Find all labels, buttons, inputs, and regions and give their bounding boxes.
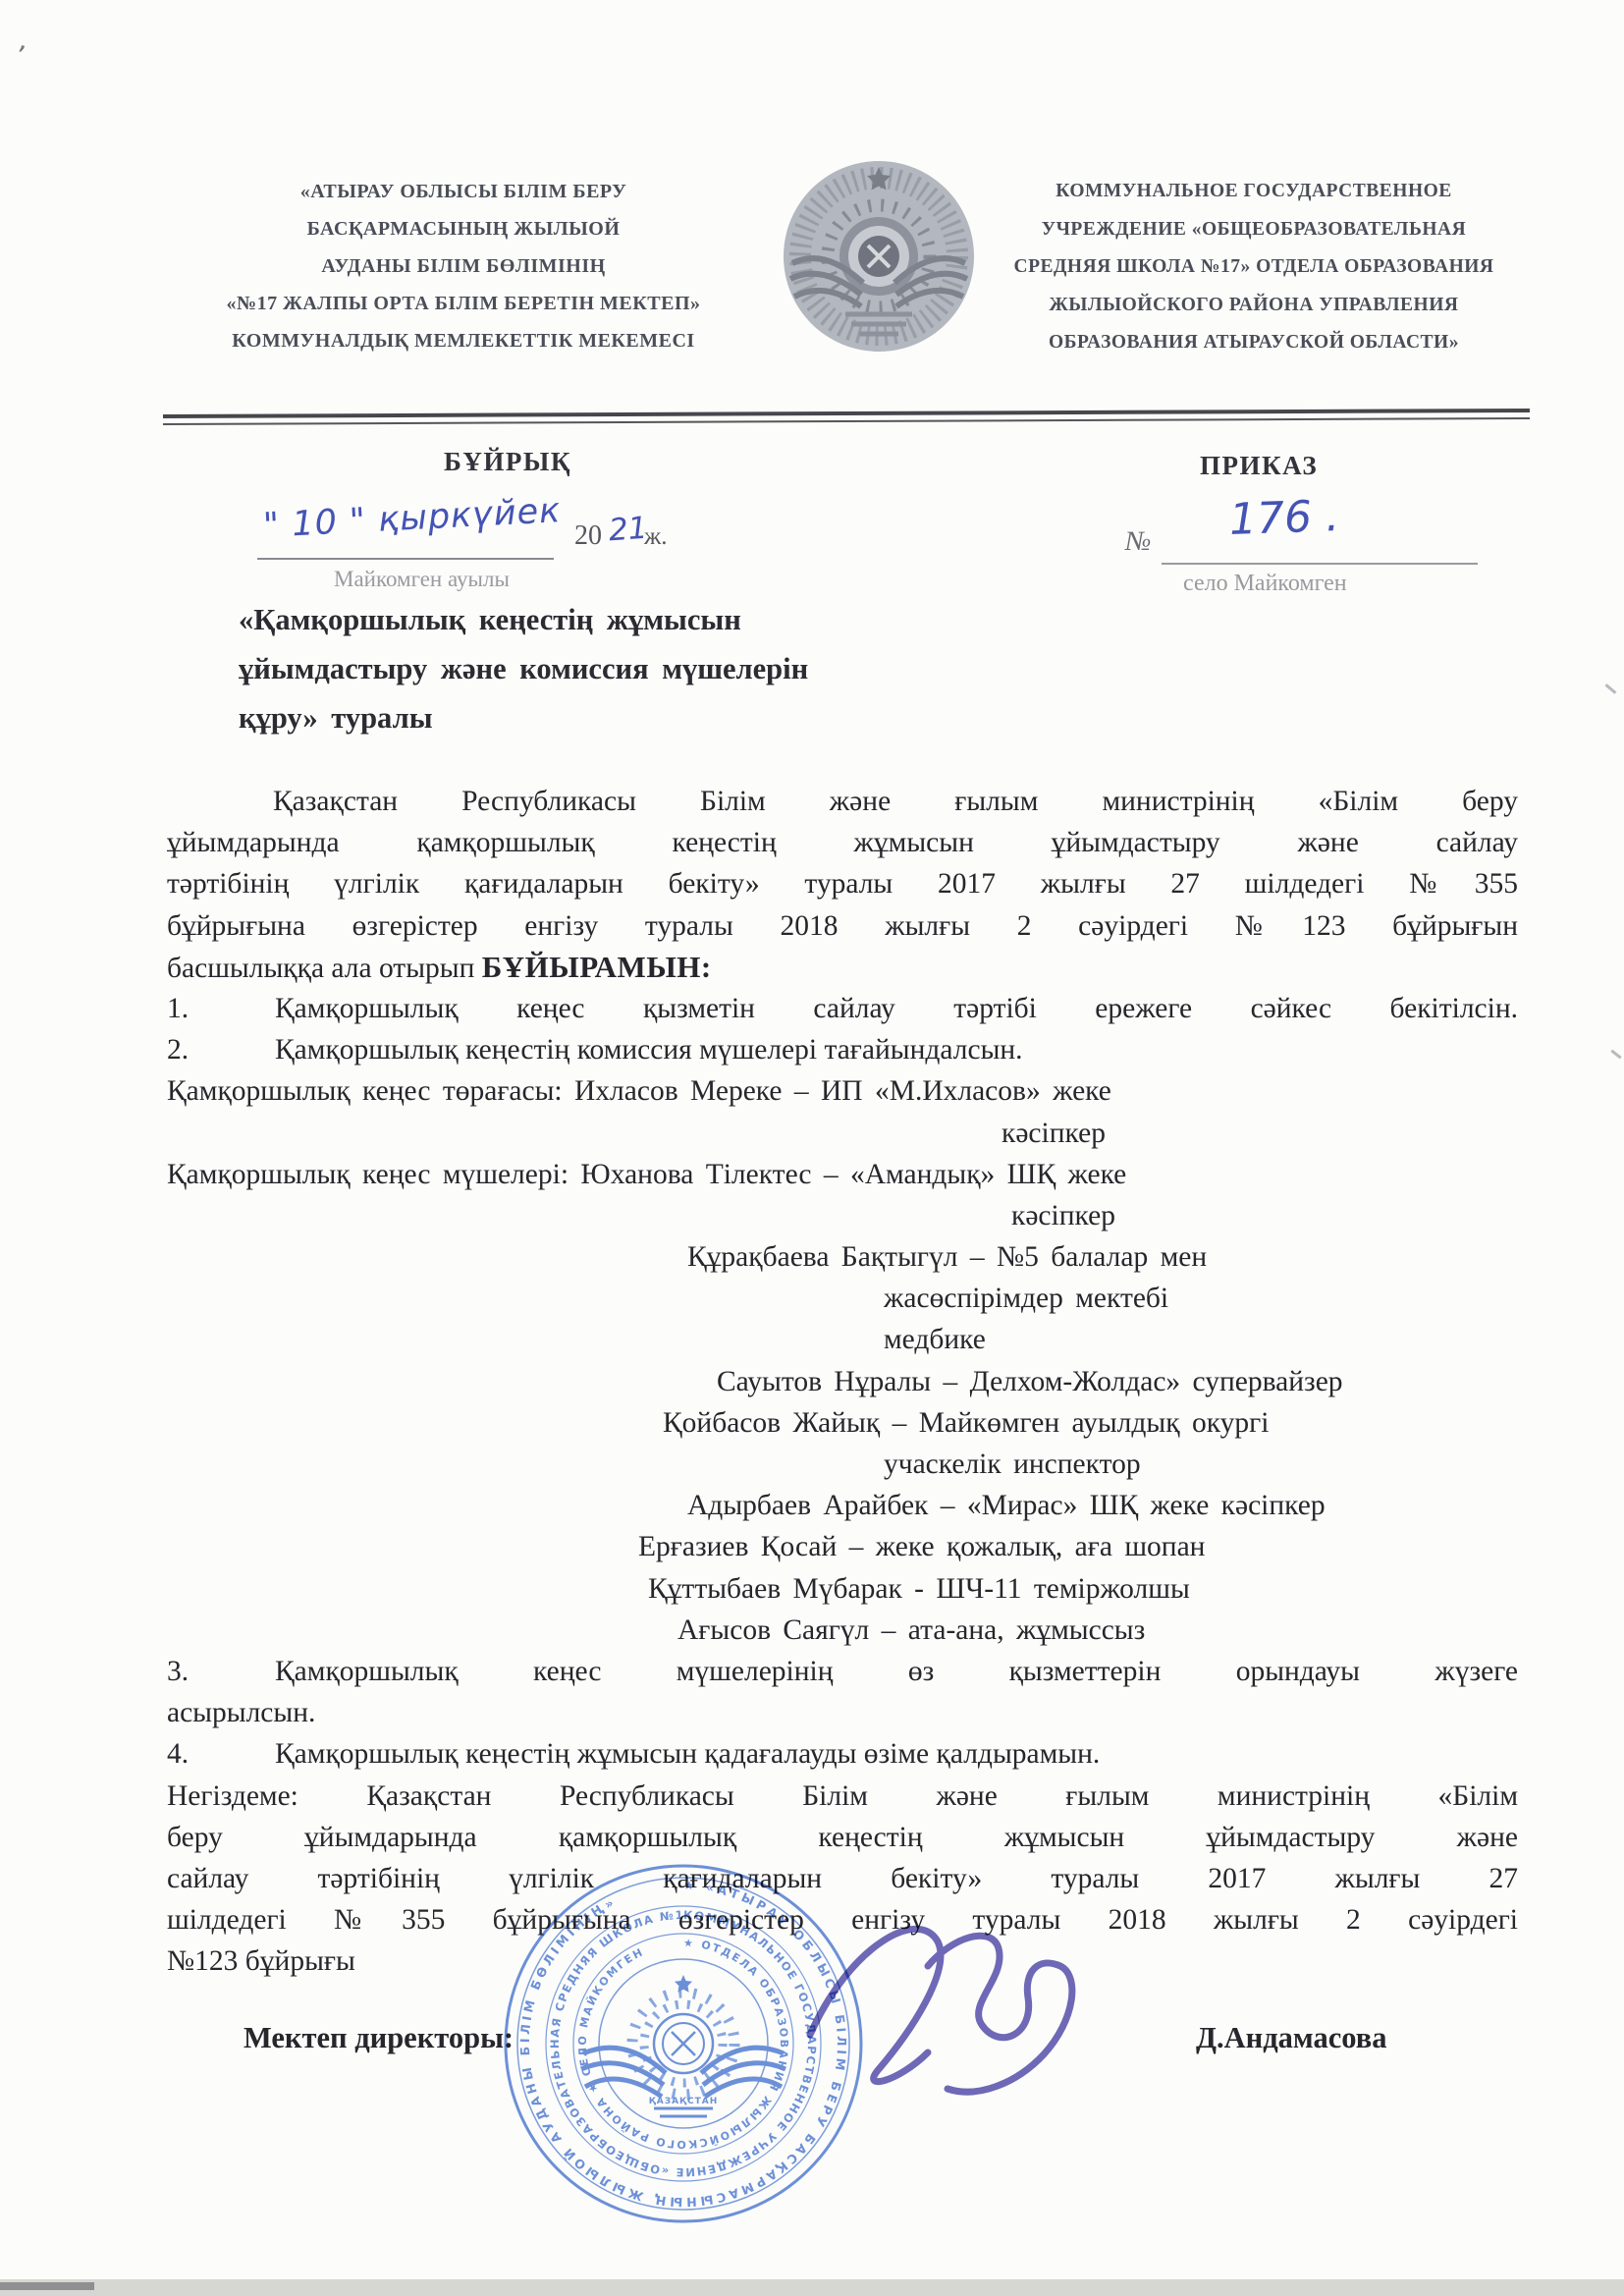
- seal-center-label: ҚАЗАҚСТАН: [649, 2097, 719, 2106]
- scan-artifact: [1610, 1050, 1621, 1060]
- org-line: КОММУНАЛЬНОЕ ГОСУДАРСТВЕННОЕ: [985, 173, 1523, 211]
- handwritten-order-number: 176 .: [1228, 491, 1340, 545]
- subject-line: «Қамқоршылық кеңестің жұмысын: [239, 595, 1004, 644]
- signer-role-label: Мектеп директоры:: [244, 2021, 514, 2055]
- order-item-4: 4.Қамқоршылық кеңестің жұмысын қадағалау…: [167, 1733, 1518, 1775]
- basis-line: беру ұйымдарында қамқоршылық кеңестің жұ…: [167, 1817, 1518, 1858]
- basis-line: Негіздеме: Қазақстан Республикасы Білім …: [167, 1776, 1518, 1817]
- order-subject: «Қамқоршылық кеңестің жұмысын ұйымдастыр…: [239, 595, 1004, 742]
- signer-name: Д.Андамасова: [1196, 2021, 1386, 2055]
- number-underline: [1162, 563, 1478, 565]
- org-line: «№17 ЖАЛПЫ ОРТА БІЛІМ БЕРЕТІН МЕКТЕП»: [160, 285, 767, 322]
- decree-word: БҰЙЫРАМЫН:: [482, 950, 712, 984]
- kazakhstan-emblem-icon: [781, 157, 977, 355]
- org-line: КОММУНАЛДЫҚ МЕМЛЕКЕТТІК МЕКЕМЕСІ: [160, 322, 767, 359]
- seal-center-emblem: ҚАЗАҚСТАН: [581, 1975, 785, 2116]
- order-item-3: 3.Қамқоршылық кеңес мүшелерінің өз қызме…: [167, 1651, 1518, 1692]
- handwritten-year: 21: [608, 511, 649, 549]
- roster-line: Адырбаев Арайбек – «Мирас» ШҚ жеке кәсіп…: [167, 1485, 1518, 1526]
- date-underline: [257, 558, 554, 560]
- preamble-line: бұйрығына өзгерістер енгізу туралы 2018 …: [167, 905, 1518, 947]
- order-body: Қазақстан Республикасы Білім және ғылым …: [167, 781, 1518, 1982]
- org-line: УЧРЕЖДЕНИЕ «ОБЩЕОБРАЗОВАТЕЛЬНАЯ: [985, 211, 1523, 249]
- item-number: 2.: [167, 1029, 275, 1070]
- printed-year-prefix: 20: [574, 520, 602, 552]
- handwritten-date: " 10 " қыркүйек: [262, 491, 562, 546]
- scan-edge-bar: [0, 2279, 1624, 2296]
- roster-line: Қамқоршылық кеңес мүшелері: Юханова Тіле…: [167, 1154, 1518, 1195]
- scan-artifact: ‚: [16, 23, 32, 56]
- org-line: «АТЫРАУ ОБЛЫСЫ БІЛІМ БЕРУ: [160, 173, 767, 210]
- subject-line: құру» туралы: [239, 693, 1004, 742]
- preamble-text: басшылыққа ала отырып: [167, 953, 482, 984]
- item-number: 4.: [167, 1733, 275, 1775]
- preamble-line: тәртібінің үлгілік қағидаларын бекіту» т…: [167, 863, 1518, 904]
- scanned-order-document: ‚ «АТЫРАУ ОБЛЫСЫ БІЛІМ БЕРУ БАСҚАРМАСЫНЫ…: [0, 0, 1624, 2296]
- org-line: СРЕДНЯЯ ШКОЛА №17» ОТДЕЛА ОБРАЗОВАНИЯ: [985, 248, 1523, 287]
- roster-line: кәсіпкер: [167, 1195, 1518, 1236]
- roster-line: Ағысов Саягүл – ата-ана, жұмыссыз: [167, 1610, 1518, 1651]
- year-suffix: ж.: [644, 523, 668, 551]
- order-item-3-continued: асырылсын.: [167, 1692, 1518, 1733]
- item-text: Қамқоршылық кеңес мүшелерінің өз қызметт…: [275, 1651, 1518, 1692]
- number-sign: №: [1125, 526, 1151, 558]
- org-line: АУДАНЫ БІЛІМ БӨЛІМІНІҢ: [160, 247, 767, 285]
- roster-line: кәсіпкер: [167, 1113, 1518, 1154]
- item-number: 1.: [167, 988, 275, 1029]
- org-line: ОБРАЗОВАНИЯ АТЫРАУСКОЙ ОБЛАСТИ»: [985, 324, 1523, 362]
- roster-line: Қамқоршылық кеңес төрағасы: Ихласов Мере…: [167, 1070, 1518, 1112]
- place-label-russian: село Майкомген: [1183, 571, 1347, 597]
- director-autograph: [781, 1887, 1114, 2143]
- order-heading-russian: ПРИКАЗ: [1200, 451, 1318, 481]
- org-name-kazakh: «АТЫРАУ ОБЛЫСЫ БІЛІМ БЕРУ БАСҚАРМАСЫНЫҢ …: [160, 173, 767, 359]
- order-heading-kazakh: БҰЙРЫҚ: [444, 447, 571, 477]
- item-text: Қамқоршылық кеңес қызметін сайлау тәртіб…: [275, 988, 1518, 1029]
- roster-line: медбике: [167, 1319, 1518, 1360]
- scan-edge-shadow: [0, 2282, 94, 2290]
- roster-line: Құттыбаев Мүбарак - ШЧ-11 теміржолшы: [167, 1568, 1518, 1610]
- scan-artifact: [1605, 683, 1617, 694]
- roster-line: Ерғазиев Қосай – жеке қожалық, аға шопан: [167, 1526, 1518, 1567]
- roster-line: учаскелік инспектор: [167, 1444, 1518, 1485]
- org-name-russian: КОММУНАЛЬНОЕ ГОСУДАРСТВЕННОЕ УЧРЕЖДЕНИЕ …: [985, 173, 1523, 362]
- org-line: ЖЫЛЫОЙСКОГО РАЙОНА УПРАВЛЕНИЯ: [985, 287, 1523, 325]
- preamble-line: ұйымдарында қамқоршылық кеңестің жұмысын…: [167, 822, 1518, 863]
- item-text: Қамқоршылық кеңестің комиссия мүшелері т…: [275, 1029, 1518, 1070]
- order-item-1: 1.Қамқоршылық кеңес қызметін сайлау тәрт…: [167, 988, 1518, 1029]
- item-number: 3.: [167, 1651, 275, 1692]
- roster-line: жасөспірімдер мектебі: [167, 1278, 1518, 1319]
- preamble-line: басшылыққа ала отырып БҰЙЫРАМЫН:: [167, 947, 1518, 988]
- item-text: Қамқоршылық кеңестің жұмысын қадағалауды…: [275, 1733, 1518, 1775]
- roster-line: Сауытов Нұралы – Делхом-Жолдас» супервай…: [167, 1361, 1518, 1402]
- order-item-2: 2.Қамқоршылық кеңестің комиссия мүшелері…: [167, 1029, 1518, 1070]
- org-line: БАСҚАРМАСЫНЫҢ ЖЫЛЫОЙ: [160, 210, 767, 247]
- place-label-kazakh: Майкомген ауылы: [334, 567, 510, 592]
- roster-line: Құрақбаева Бақтыгүл – №5 балалар мен: [167, 1236, 1518, 1278]
- roster-line: Қойбасов Жайық – Майкөмген ауылдық окург…: [167, 1402, 1518, 1444]
- header-divider: [163, 409, 1530, 425]
- preamble-line: Қазақстан Республикасы Білім және ғылым …: [167, 781, 1518, 822]
- subject-line: ұйымдастыру және комиссия мүшелерін: [239, 644, 1004, 693]
